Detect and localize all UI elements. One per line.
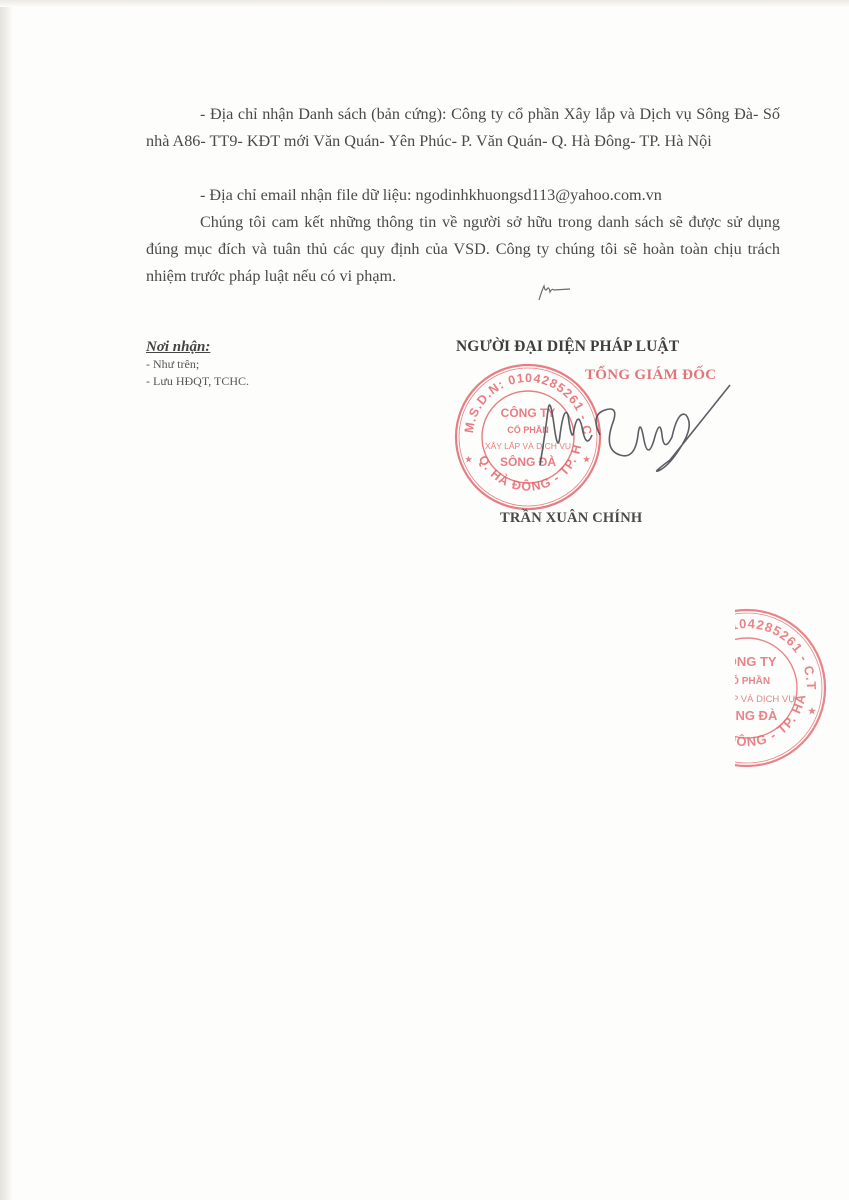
paragraph-hardcopy-address: - Địa chỉ nhận Danh sách (bản cứng): Côn… — [146, 101, 780, 155]
svg-text:XÂY LẮP VÀ DỊCH VỤ: XÂY LẮP VÀ DỊCH VỤ — [699, 694, 795, 705]
svg-text:CỔ PHẦN: CỔ PHẦN — [724, 674, 770, 687]
svg-text:★: ★ — [465, 455, 473, 464]
signer-name: TRẦN XUÂN CHÍNH — [500, 510, 642, 527]
paragraph-email-address: - Địa chỉ email nhận file dữ liệu: ngodi… — [146, 182, 780, 209]
recipients-title: Nơi nhận: — [146, 338, 249, 356]
recipient-item: - Như trên; — [146, 356, 249, 373]
svg-text:SÔNG ĐÀ: SÔNG ĐÀ — [717, 708, 778, 723]
paragraph-commitment: Chúng tôi cam kết những thông tin về ngư… — [146, 209, 780, 290]
initial-mark-icon — [536, 280, 576, 302]
handwritten-signature-icon — [520, 355, 750, 505]
recipient-item: - Lưu HĐQT, TCHC. — [146, 373, 249, 390]
partial-stamp-icon: M.S.D.N: 0104285261 - C.T.C.P Q. HÀ ĐÔNG… — [665, 606, 829, 770]
recipients-block: Nơi nhận: - Như trên; - Lưu HĐQT, TCHC. — [146, 338, 249, 390]
svg-text:★: ★ — [808, 706, 817, 716]
scan-edge-left — [0, 0, 12, 1200]
signature-title: NGƯỜI ĐẠI DIỆN PHÁP LUẬT — [456, 338, 679, 356]
svg-text:CÔNG TY: CÔNG TY — [717, 654, 777, 669]
scan-edge-top — [0, 0, 849, 7]
